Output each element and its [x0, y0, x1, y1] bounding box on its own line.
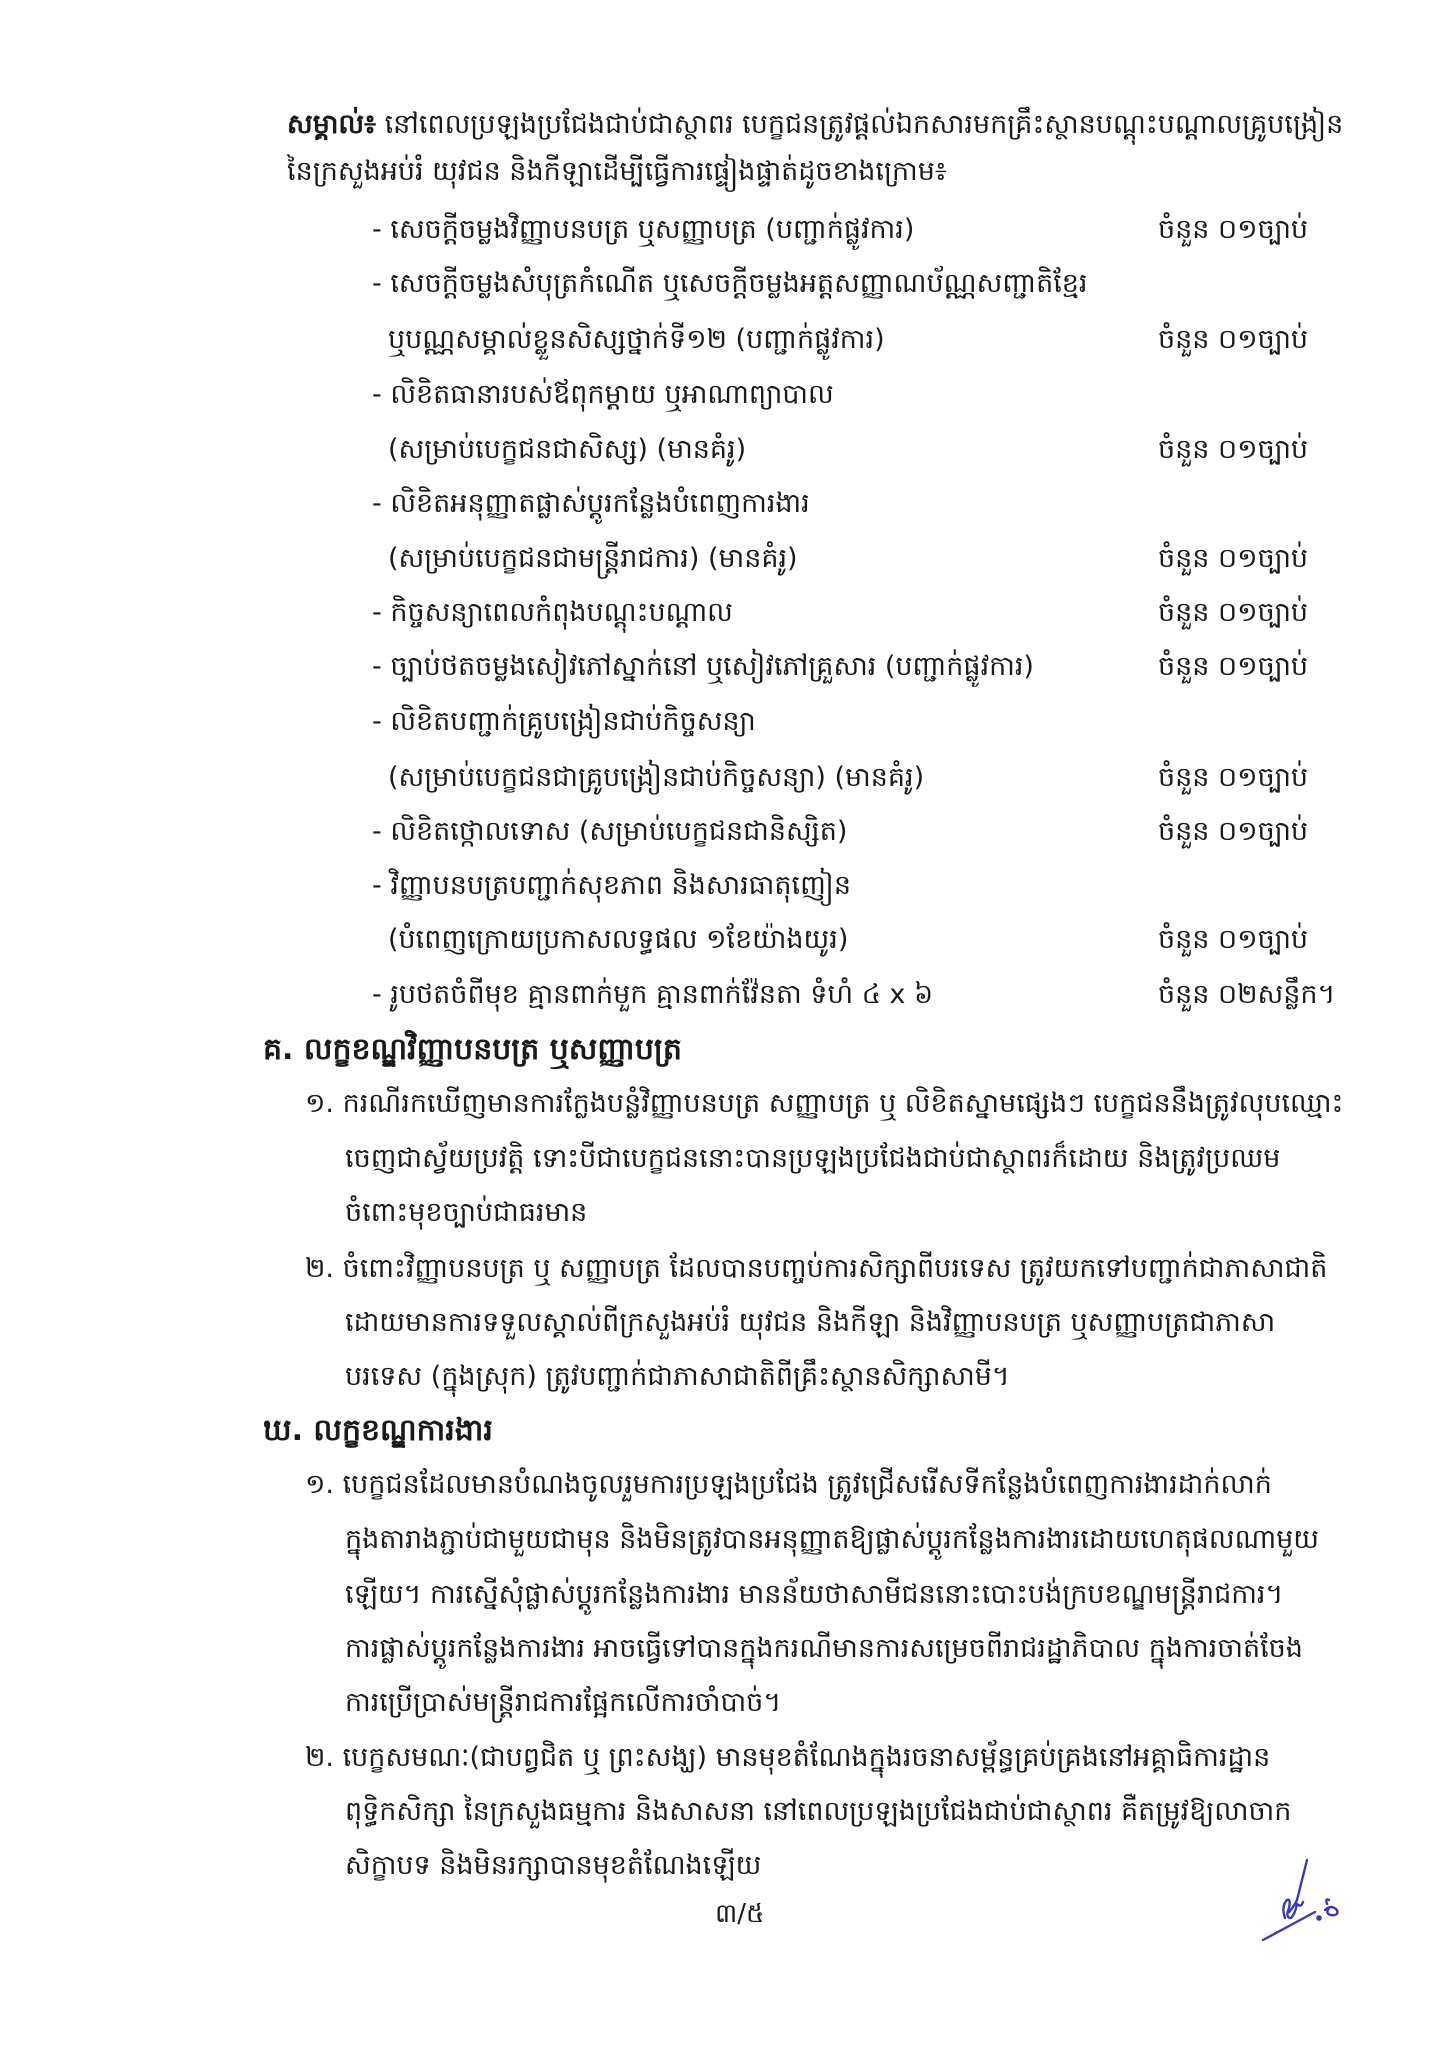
- doc-item-7: - លិខិតបញ្ជាក់គ្រូបង្រៀនជាប់កិច្ចសន្យា: [372, 702, 756, 742]
- note-label: សម្គាល់៖: [287, 109, 376, 140]
- doc-item-8: - លិខិតថ្កោលទោស (សម្រាប់បេក្ខជនជានិស្សិត…: [372, 812, 847, 852]
- section-kho-item-2-cont-1: ពុទ្ធិកសិក្សា នៃក្រសួងធម្មការ និងសាសនា ន…: [345, 1792, 1291, 1832]
- doc-item-9-cont: (បំពេញក្រោយប្រកាសលទ្ធផល ១ខែយ៉ាងយូរ): [388, 920, 848, 960]
- section-ko-item-2-cont-2: បរទេស (ក្នុងស្រុក) ត្រូវបញ្ជាក់ជាភាសាជាត…: [345, 1357, 1010, 1397]
- doc-item-9: - វិញ្ញាបនបត្របញ្ជាក់សុខភាព និងសារធាតុញៀ…: [372, 866, 851, 906]
- doc-count-1: ចំនួន ០១ច្បាប់: [1158, 210, 1308, 250]
- doc-item-10: - រូបថតចំពីមុខ គ្មានពាក់មួក គ្មានពាក់វ៉ែ…: [372, 975, 933, 1015]
- doc-count-7: ចំនួន ០១ច្បាប់: [1158, 758, 1308, 798]
- signature-icon: [1255, 1848, 1355, 1948]
- section-kho-item-2: ២. បេក្ខសមណៈ(ជាបព្វជិត ឬ ព្រះសង្ឃ) មានមុ…: [305, 1738, 1270, 1778]
- section-ko-item-1-cont-1: ចេញជាស្វ័យប្រវត្តិ ទោះបីជាបេក្ខជននោះបានប…: [345, 1139, 1280, 1179]
- section-kho-item-2-cont-2: សិក្ខាបទ និងមិនរក្សាបានមុខតំណែងឡើយ: [345, 1846, 761, 1886]
- doc-count-2: ចំនួន ០១ច្បាប់: [1158, 320, 1308, 360]
- section-ko-item-2: ២. ចំពោះវិញ្ញាបនបត្រ ឬ សញ្ញាបត្រ ដែលបានប…: [305, 1249, 1327, 1289]
- section-ko-item-2-cont-1: ដោយមានការទទួលស្គាល់ពីក្រសួងអប់រំ យុវជន ន…: [345, 1303, 1275, 1343]
- section-kho-item-1: ១. បេក្ខជនដែលមានបំណងចូលរួមការប្រឡងប្រជែង…: [305, 1465, 1272, 1505]
- doc-count-4: ចំនួន ០១ច្បាប់: [1158, 539, 1308, 579]
- doc-count-9: ចំនួន ០១ច្បាប់: [1158, 920, 1308, 960]
- doc-item-2-cont: ឬបណ្ណសម្គាល់ខ្លួនសិស្សថ្នាក់ទី១២ (បញ្ជាក…: [388, 320, 885, 360]
- note-line-2: នៃក្រសួងអប់រំ យុវជន និងកីឡាដើម្បីធ្វើការ…: [287, 152, 947, 192]
- section-ko-heading: គ. លក្ខខណ្ឌវិញ្ញាបនបត្រ ឬសញ្ញាបត្រ: [263, 1030, 682, 1070]
- doc-item-4: - លិខិតអនុញ្ញាតផ្លាស់ប្តូរកន្លែងបំពេញការ…: [372, 484, 810, 524]
- doc-item-4-cont: (សម្រាប់បេក្ខជនជាមន្ត្រីរាជការ) (មានគំរូ…: [388, 539, 798, 579]
- section-kho-item-1-cont-4: ការប្រើប្រាស់មន្ត្រីរាជការផ្អែកលើការចាំប…: [345, 1683, 781, 1723]
- note-text-1: នៅពេលប្រឡងប្រជែងជាប់ជាស្ថាពរ បេក្ខជនត្រូ…: [385, 109, 1344, 140]
- page-number: ៣/៥: [715, 1894, 764, 1934]
- doc-item-1: - សេចក្តីចម្លងវិញ្ញាបនបត្រ ឬសញ្ញាបត្រ (ប…: [372, 210, 914, 250]
- section-ko-item-1-cont-2: ចំពោះមុខច្បាប់ជាធរមាន: [345, 1193, 587, 1233]
- doc-count-3: ចំនួន ០១ច្បាប់: [1158, 430, 1308, 470]
- section-kho-heading: ឃ. លក្ខខណ្ឌការងារ: [263, 1411, 493, 1451]
- section-ko-item-1: ១. ករណីរកឃើញមានការក្លែងបន្លំវិញ្ញាបនបត្រ…: [305, 1084, 1343, 1124]
- doc-item-6: - ច្បាប់ថតចម្លងសៀវភៅស្នាក់នៅ ឬសៀវភៅគ្រួស…: [372, 647, 1034, 687]
- note-line-1: សម្គាល់៖ នៅពេលប្រឡងប្រជែងជាប់ជាស្ថាពរ បេ…: [287, 105, 1343, 145]
- doc-item-3: - លិខិតធានារបស់ឪពុកម្តាយ ឬអាណាព្យាបាល: [372, 375, 834, 415]
- section-kho-item-1-cont-1: ក្នុងតារាងភ្ជាប់ជាមួយជាមុន និងមិនត្រូវបា…: [345, 1520, 1319, 1560]
- doc-item-5: - កិច្ចសន្យាពេលកំពុងបណ្តុះបណ្តាល: [372, 593, 733, 633]
- doc-count-5: ចំនួន ០១ច្បាប់: [1158, 593, 1308, 633]
- doc-count-8: ចំនួន ០១ច្បាប់: [1158, 812, 1308, 852]
- doc-count-10: ចំនួន ០២សន្លឹក។: [1158, 975, 1335, 1015]
- doc-item-2: - សេចក្តីចម្លងសំបុត្រកំណើត ឬសេចក្តីចម្លង…: [372, 264, 1088, 304]
- document-page: សម្គាល់៖ នៅពេលប្រឡងប្រជែងជាប់ជាស្ថាពរ បេ…: [0, 0, 1448, 2048]
- section-kho-item-1-cont-2: ឡើយ។ ការស្នើសុំផ្លាស់ប្តូរកន្លែងការងារ ម…: [345, 1575, 1283, 1615]
- doc-item-7-cont: (សម្រាប់បេក្ខជនជាគ្រូបង្រៀនជាប់កិច្ចសន្យ…: [388, 758, 924, 798]
- doc-item-3-cont: (សម្រាប់បេក្ខជនជាសិស្ស) (មានគំរូ): [388, 430, 746, 470]
- section-kho-item-1-cont-3: ការផ្លាស់ប្តូរកន្លែងការងារ អាចធ្វើទៅបានក…: [345, 1629, 1303, 1669]
- doc-count-6: ចំនួន ០១ច្បាប់: [1158, 647, 1308, 687]
